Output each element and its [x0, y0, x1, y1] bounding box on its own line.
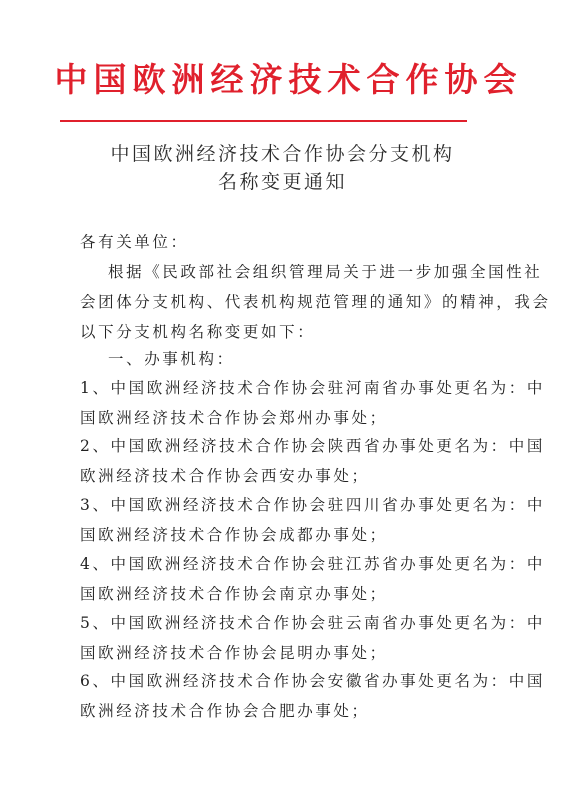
salutation: 各有关单位： — [80, 232, 189, 252]
item-6-line-1: 6、中国欧洲经济技术合作协会安徽省办事处更名为：中国 — [80, 671, 545, 691]
document-title-line-1: 中国欧洲经济技术合作协会分支机构 — [0, 142, 565, 166]
item-3-line-2: 国欧洲经济技术合作协会成都办事处； — [80, 525, 388, 545]
item-1-line-1: 1、中国欧洲经济技术合作协会驻河南省办事处更名为：中 — [80, 378, 545, 398]
item-2-line-2: 欧洲经济技术合作协会西安办事处； — [80, 466, 370, 486]
item-3-line-1: 3、中国欧洲经济技术合作协会驻四川省办事处更名为：中 — [80, 495, 545, 515]
section-heading: 一、办事机构： — [108, 349, 235, 369]
intro-line-1: 根据《民政部社会组织管理局关于进一步加强全国性社 — [108, 262, 542, 282]
letterhead-org-name: 中国欧洲经济技术合作协会 — [0, 60, 565, 100]
item-6-line-2: 欧洲经济技术合作协会合肥办事处； — [80, 701, 370, 721]
document-title-line-2: 名称变更通知 — [0, 170, 565, 194]
item-1-line-2: 国欧洲经济技术合作协会郑州办事处； — [80, 408, 388, 428]
item-5-line-2: 国欧洲经济技术合作协会昆明办事处； — [80, 643, 388, 663]
intro-line-2: 会团体分支机构、代表机构规范管理的通知》的精神，我会 — [80, 292, 551, 312]
item-4-line-1: 4、中国欧洲经济技术合作协会驻江苏省办事处更名为：中 — [80, 554, 545, 574]
letterhead-divider — [60, 120, 467, 122]
item-5-line-1: 5、中国欧洲经济技术合作协会驻云南省办事处更名为：中 — [80, 613, 545, 633]
item-4-line-2: 国欧洲经济技术合作协会南京办事处； — [80, 584, 388, 604]
item-2-line-1: 2、中国欧洲经济技术合作协会陕西省办事处更名为：中国 — [80, 436, 545, 456]
intro-line-3: 以下分支机构名称变更如下： — [80, 322, 315, 342]
